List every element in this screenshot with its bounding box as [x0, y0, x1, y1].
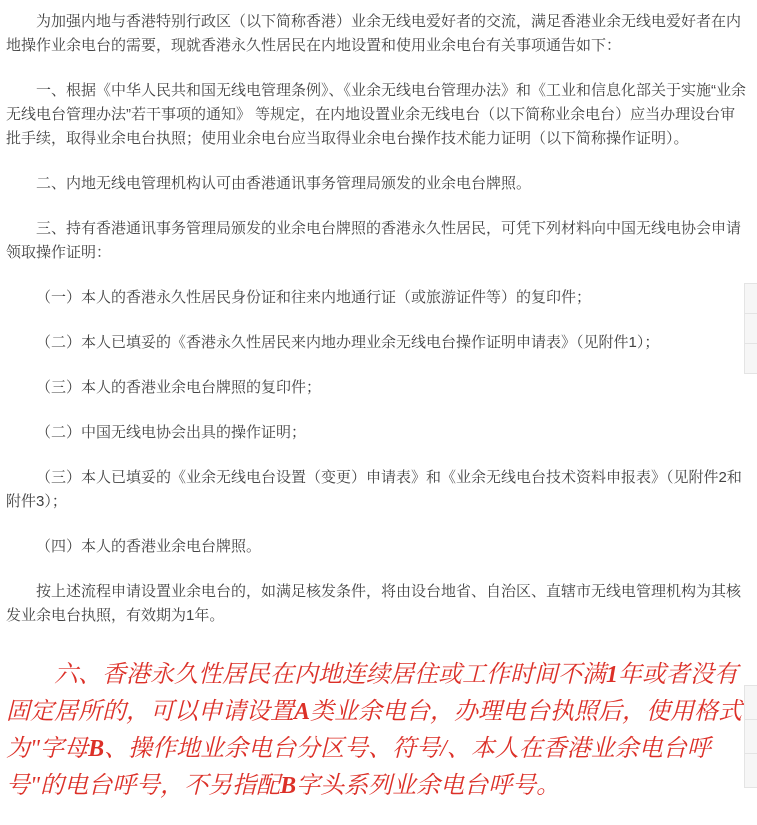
list-item-5: （三）本人已填妥的《业余无线电台设置（变更）申请表》和《业余无线电台技术资料申报… — [6, 466, 747, 514]
list-item-6: （四）本人的香港业余电台牌照。 — [6, 535, 747, 559]
section-2-paragraph: 二、内地无线电管理机构认可由香港通讯事务管理局颁发的业余电台牌照。 — [6, 172, 747, 196]
section-1-paragraph: 一、根据《中华人民共和国无线电管理条例》、《业余无线电台管理办法》和《工业和信息… — [6, 79, 747, 151]
side-toolbar-button[interactable] — [744, 720, 757, 754]
section-6-highlight-paragraph: 六、香港永久性居民在内地连续居住或工作时间不满1年或者没有固定居所的，可以申请设… — [6, 657, 747, 805]
intro-paragraph: 为加强内地与香港特别行政区（以下简称香港）业余无线电爱好者的交流，满足香港业余无… — [6, 10, 747, 58]
side-toolbar-button[interactable] — [744, 754, 757, 788]
list-item-2: （二）本人已填妥的《香港永久性居民来内地办理业余无线电台操作证明申请表》（见附件… — [6, 331, 747, 355]
section-3-paragraph: 三、持有香港通讯事务管理局颁发的业余电台牌照的香港永久性居民，可凭下列材料向中国… — [6, 217, 747, 265]
side-toolbar-button[interactable] — [744, 284, 757, 314]
list-item-4: （二）中国无线电协会出具的操作证明； — [6, 421, 747, 445]
list-item-3: （三）本人的香港业余电台牌照的复印件； — [6, 376, 747, 400]
side-toolbar-button[interactable] — [744, 686, 757, 720]
side-toolbar-button[interactable] — [744, 314, 757, 344]
list-item-1: （一）本人的香港永久性居民身份证和往来内地通行证（或旅游证件等）的复印件； — [6, 286, 747, 310]
floating-side-toolbar-lower — [744, 685, 757, 788]
notice-document: 为加强内地与香港特别行政区（以下简称香港）业余无线电爱好者的交流，满足香港业余无… — [0, 10, 757, 805]
side-toolbar-button[interactable] — [744, 344, 757, 374]
floating-side-toolbar-upper — [744, 283, 757, 374]
license-issuance-paragraph: 按上述流程申请设置业余电台的，如满足核发条件，将由设台地省、自治区、直辖市无线电… — [6, 580, 747, 628]
